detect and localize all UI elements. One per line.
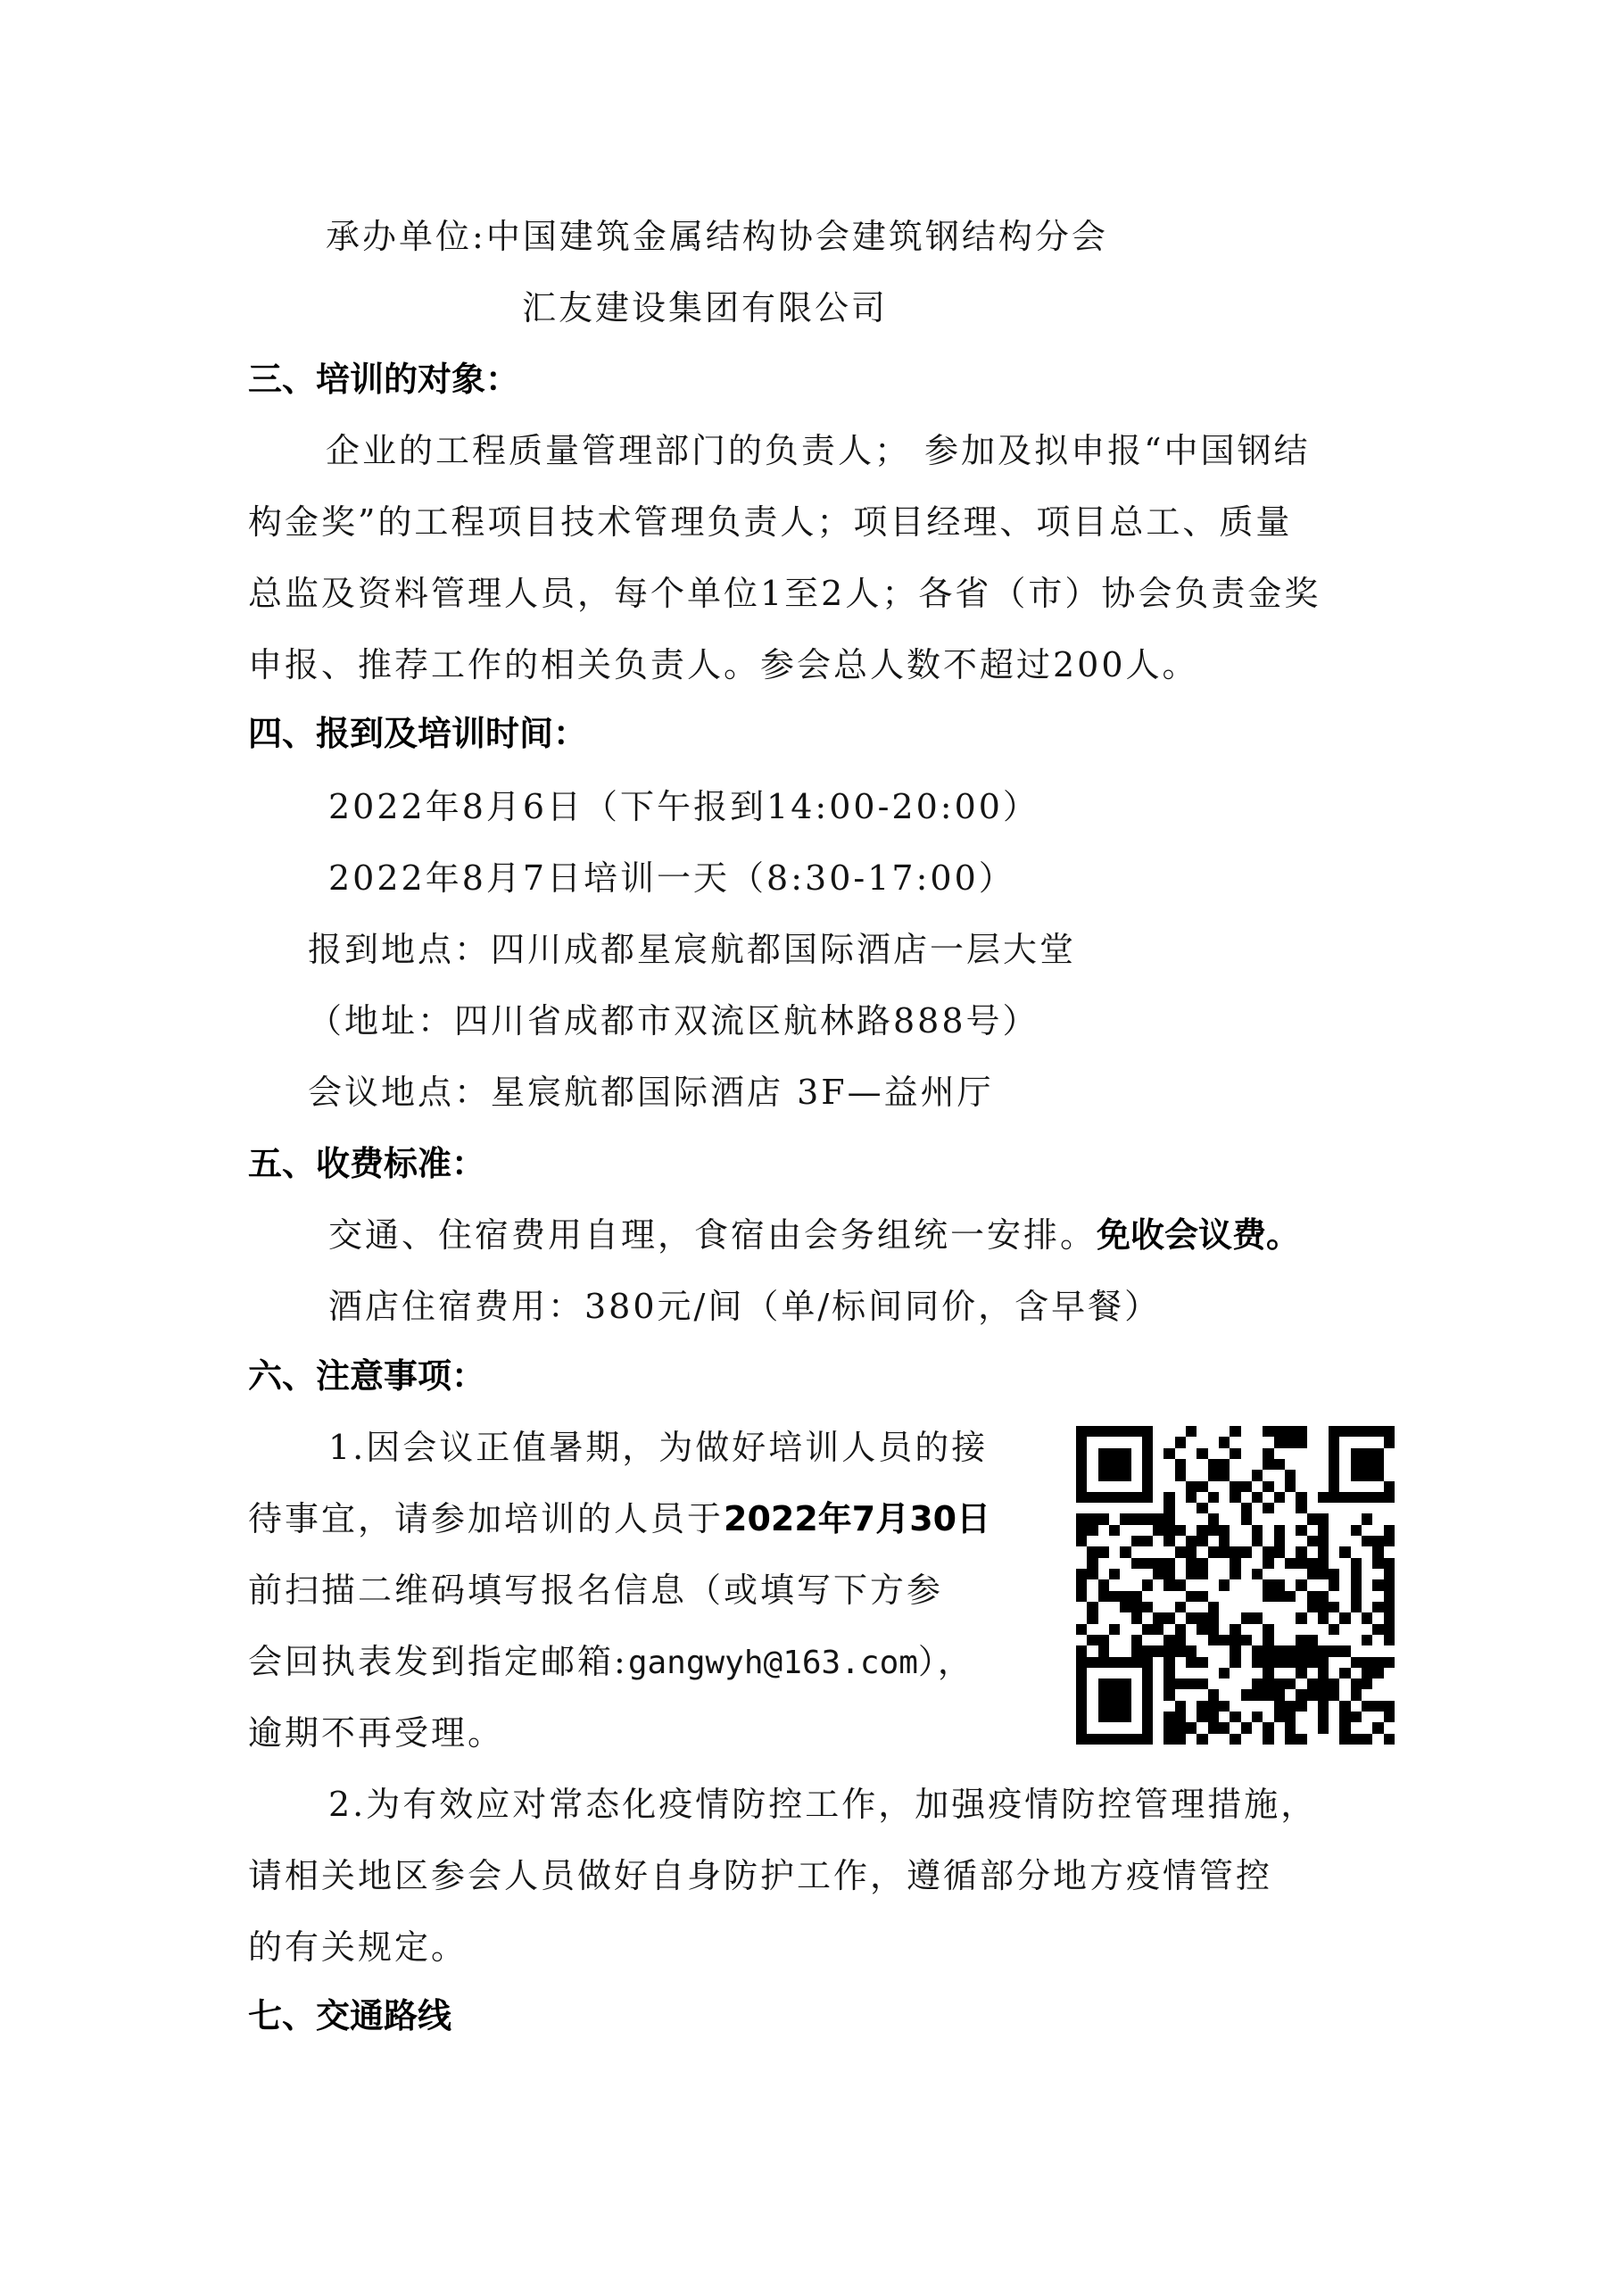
qr-module — [1285, 1513, 1296, 1524]
qr-module — [1274, 1657, 1285, 1668]
qr-module — [1120, 1635, 1130, 1645]
qr-module — [1274, 1701, 1285, 1712]
qr-module — [1076, 1689, 1087, 1700]
qr-module — [1362, 1437, 1372, 1447]
qr-module — [1329, 1536, 1339, 1546]
qr-module — [1087, 1635, 1097, 1645]
qr-module — [1384, 1525, 1395, 1536]
qr-module — [1372, 1612, 1383, 1623]
qr-module — [1318, 1624, 1329, 1635]
qr-module — [1197, 1678, 1207, 1689]
qr-module — [1131, 1536, 1142, 1546]
qr-module — [1120, 1437, 1130, 1447]
qr-module — [1076, 1481, 1087, 1492]
registration-qr-code-icon[interactable] — [1076, 1426, 1395, 1745]
qr-module — [1241, 1459, 1252, 1470]
qr-module — [1252, 1624, 1263, 1635]
qr-module — [1263, 1668, 1273, 1678]
qr-module — [1109, 1624, 1120, 1635]
qr-module — [1252, 1602, 1263, 1612]
qr-module — [1197, 1591, 1207, 1602]
qr-module — [1142, 1657, 1153, 1668]
qr-module — [1318, 1513, 1329, 1524]
qr-module — [1296, 1459, 1306, 1470]
qr-module — [1175, 1437, 1186, 1447]
qr-module — [1153, 1536, 1163, 1546]
qr-module — [1252, 1492, 1263, 1503]
qr-module — [1241, 1470, 1252, 1480]
qr-module — [1307, 1459, 1318, 1470]
qr-module — [1351, 1734, 1362, 1745]
organizer-name-1: 中国建筑金属结构协会建筑钢结构分会 — [486, 217, 1108, 256]
qr-module — [1339, 1635, 1350, 1645]
qr-module — [1175, 1591, 1186, 1602]
qr-module — [1175, 1448, 1186, 1459]
qr-module — [1318, 1689, 1329, 1700]
qr-module — [1163, 1546, 1174, 1557]
qr-module — [1274, 1612, 1285, 1623]
qr-module — [1318, 1569, 1329, 1579]
qr-module — [1307, 1569, 1318, 1579]
qr-module — [1241, 1558, 1252, 1569]
qr-module — [1362, 1602, 1372, 1612]
qr-module — [1351, 1448, 1362, 1459]
qr-module — [1274, 1734, 1285, 1745]
qr-module — [1142, 1569, 1153, 1579]
qr-module — [1372, 1536, 1383, 1546]
qr-module — [1197, 1459, 1207, 1470]
qr-module — [1208, 1459, 1219, 1470]
qr-module — [1087, 1426, 1097, 1437]
qr-module — [1219, 1624, 1230, 1635]
qr-module — [1186, 1492, 1197, 1503]
qr-module — [1142, 1612, 1153, 1623]
contact-email-link[interactable]: gangwyh@163.com — [628, 1645, 918, 1681]
qr-module — [1175, 1612, 1186, 1623]
qr-module — [1219, 1657, 1230, 1668]
qr-module — [1241, 1734, 1252, 1745]
qr-module — [1120, 1689, 1130, 1700]
qr-module — [1175, 1678, 1186, 1689]
qr-module — [1362, 1689, 1372, 1700]
qr-module — [1307, 1678, 1318, 1689]
qr-module — [1098, 1701, 1109, 1712]
qr-module — [1318, 1678, 1329, 1689]
qr-module — [1274, 1513, 1285, 1524]
qr-module — [1142, 1437, 1153, 1447]
qr-module — [1384, 1569, 1395, 1579]
qr-module — [1098, 1678, 1109, 1689]
qr-module — [1076, 1525, 1087, 1536]
qr-module — [1318, 1492, 1329, 1503]
qr-module — [1120, 1448, 1130, 1459]
qr-module — [1372, 1624, 1383, 1635]
qr-module — [1307, 1426, 1318, 1437]
qr-module — [1241, 1712, 1252, 1722]
qr-module — [1087, 1558, 1097, 1569]
qr-module — [1163, 1657, 1174, 1668]
qr-module — [1230, 1513, 1240, 1524]
qr-module — [1219, 1536, 1230, 1546]
qr-module — [1142, 1503, 1153, 1513]
qr-module — [1120, 1678, 1130, 1689]
qr-module — [1372, 1722, 1383, 1733]
qr-module — [1163, 1569, 1174, 1579]
qr-module — [1208, 1678, 1219, 1689]
qr-module — [1098, 1481, 1109, 1492]
qr-module — [1318, 1612, 1329, 1623]
qr-module — [1318, 1470, 1329, 1480]
qr-module — [1186, 1459, 1197, 1470]
qr-module — [1087, 1536, 1097, 1546]
qr-module — [1186, 1602, 1197, 1612]
qr-module — [1087, 1470, 1097, 1480]
qr-module — [1307, 1481, 1318, 1492]
qr-module — [1087, 1437, 1097, 1447]
qr-module — [1175, 1536, 1186, 1546]
qr-module — [1076, 1722, 1087, 1733]
qr-module — [1384, 1503, 1395, 1513]
qr-module — [1109, 1722, 1120, 1733]
qr-module — [1351, 1635, 1362, 1645]
qr-module — [1175, 1503, 1186, 1513]
qr-module — [1351, 1525, 1362, 1536]
qr-module — [1274, 1722, 1285, 1733]
qr-module — [1285, 1470, 1296, 1480]
qr-module — [1186, 1657, 1197, 1668]
qr-module — [1197, 1437, 1207, 1447]
qr-module — [1296, 1569, 1306, 1579]
qr-module — [1296, 1712, 1306, 1722]
qr-module — [1109, 1448, 1120, 1459]
qr-module — [1131, 1689, 1142, 1700]
qr-module — [1372, 1481, 1383, 1492]
qr-module — [1339, 1734, 1350, 1745]
qr-module — [1175, 1492, 1186, 1503]
qr-module — [1208, 1437, 1219, 1447]
qr-module — [1186, 1645, 1197, 1656]
qr-module — [1372, 1492, 1383, 1503]
qr-module — [1263, 1503, 1273, 1513]
qr-module — [1098, 1437, 1109, 1447]
qr-module — [1153, 1591, 1163, 1602]
qr-module — [1384, 1678, 1395, 1689]
qr-module — [1362, 1645, 1372, 1656]
qr-module — [1186, 1503, 1197, 1513]
qr-module — [1351, 1492, 1362, 1503]
qr-module — [1175, 1481, 1186, 1492]
qr-module — [1285, 1525, 1296, 1536]
qr-module — [1285, 1734, 1296, 1745]
qr-module — [1339, 1513, 1350, 1524]
qr-module — [1131, 1701, 1142, 1712]
qr-module — [1263, 1657, 1273, 1668]
qr-module — [1120, 1525, 1130, 1536]
qr-module — [1285, 1579, 1296, 1590]
address-line: （地址：四川省成都市双流区航林路888号） — [308, 1001, 1039, 1040]
qr-module — [1098, 1624, 1109, 1635]
qr-module — [1274, 1459, 1285, 1470]
qr-module — [1241, 1602, 1252, 1612]
qr-module — [1339, 1470, 1350, 1480]
qr-module — [1296, 1689, 1306, 1700]
qr-module — [1076, 1448, 1087, 1459]
qr-module — [1175, 1546, 1186, 1557]
qr-module — [1131, 1635, 1142, 1645]
qr-module — [1109, 1635, 1120, 1645]
qr-module — [1163, 1470, 1174, 1480]
qr-module — [1318, 1712, 1329, 1722]
qr-module — [1362, 1579, 1372, 1590]
qr-module — [1197, 1503, 1207, 1513]
qr-module — [1318, 1657, 1329, 1668]
qr-module — [1296, 1525, 1306, 1536]
qr-module — [1186, 1569, 1197, 1579]
qr-module — [1285, 1448, 1296, 1459]
qr-module — [1163, 1513, 1174, 1524]
qr-module — [1120, 1546, 1130, 1557]
qr-module — [1329, 1689, 1339, 1700]
qr-module — [1098, 1689, 1109, 1700]
qr-module — [1329, 1569, 1339, 1579]
qr-module — [1351, 1459, 1362, 1470]
qr-module — [1098, 1645, 1109, 1656]
qr-module — [1285, 1712, 1296, 1722]
qr-module — [1307, 1701, 1318, 1712]
qr-module — [1219, 1591, 1230, 1602]
qr-module — [1307, 1635, 1318, 1645]
qr-module — [1076, 1536, 1087, 1546]
qr-module — [1087, 1546, 1097, 1557]
qr-module — [1252, 1558, 1263, 1569]
qr-module — [1131, 1668, 1142, 1678]
qr-module — [1329, 1426, 1339, 1437]
qr-module — [1329, 1459, 1339, 1470]
qr-module — [1208, 1722, 1219, 1733]
qr-module — [1252, 1426, 1263, 1437]
qr-module — [1076, 1602, 1087, 1612]
qr-module — [1372, 1645, 1383, 1656]
qr-module — [1120, 1503, 1130, 1513]
qr-module — [1197, 1492, 1207, 1503]
qr-module — [1087, 1734, 1097, 1745]
qr-module — [1153, 1546, 1163, 1557]
qr-module — [1329, 1722, 1339, 1733]
qr-module — [1208, 1513, 1219, 1524]
qr-module — [1197, 1470, 1207, 1480]
qr-module — [1219, 1579, 1230, 1590]
qr-module — [1197, 1558, 1207, 1569]
qr-module — [1351, 1689, 1362, 1700]
qr-module — [1351, 1602, 1362, 1612]
qr-module — [1351, 1722, 1362, 1733]
qr-module — [1153, 1624, 1163, 1635]
qr-module — [1372, 1513, 1383, 1524]
qr-module — [1076, 1492, 1087, 1503]
qr-module — [1329, 1678, 1339, 1689]
qr-module — [1163, 1612, 1174, 1623]
qr-module — [1296, 1645, 1306, 1656]
qr-module — [1131, 1492, 1142, 1503]
qr-module — [1109, 1712, 1120, 1722]
qr-module — [1318, 1536, 1329, 1546]
qr-module — [1372, 1678, 1383, 1689]
qr-module — [1131, 1624, 1142, 1635]
qr-module — [1208, 1591, 1219, 1602]
note-1-email-suffix: ）， — [918, 1642, 974, 1681]
qr-module — [1241, 1701, 1252, 1712]
qr-module — [1153, 1525, 1163, 1536]
qr-module — [1197, 1701, 1207, 1712]
qr-module — [1230, 1503, 1240, 1513]
qr-module — [1131, 1481, 1142, 1492]
qr-module — [1219, 1437, 1230, 1447]
qr-module — [1285, 1612, 1296, 1623]
qr-module — [1087, 1722, 1097, 1733]
qr-module — [1307, 1558, 1318, 1569]
qr-module — [1372, 1701, 1383, 1712]
qr-module — [1131, 1513, 1142, 1524]
qr-module — [1131, 1437, 1142, 1447]
qr-module — [1197, 1689, 1207, 1700]
qr-module — [1285, 1503, 1296, 1513]
qr-module — [1087, 1492, 1097, 1503]
qr-module — [1285, 1645, 1296, 1656]
qr-module — [1142, 1701, 1153, 1712]
deadline-date: 2022年7月30日 — [724, 1499, 990, 1538]
qr-module — [1142, 1678, 1153, 1689]
qr-module — [1307, 1602, 1318, 1612]
qr-module — [1087, 1645, 1097, 1656]
qr-module — [1163, 1689, 1174, 1700]
qr-module — [1120, 1602, 1130, 1612]
qr-module — [1329, 1470, 1339, 1480]
qr-module — [1230, 1701, 1240, 1712]
qr-module — [1285, 1569, 1296, 1579]
qr-module — [1098, 1579, 1109, 1590]
fees-free-meeting-text: 免收会议费。 — [1097, 1215, 1300, 1255]
qr-module — [1153, 1448, 1163, 1459]
qr-module — [1384, 1481, 1395, 1492]
qr-module — [1318, 1602, 1329, 1612]
qr-module — [1131, 1722, 1142, 1733]
qr-module — [1351, 1678, 1362, 1689]
note-1-line-5: 逾期不再受理。 — [248, 1713, 504, 1753]
qr-module — [1274, 1437, 1285, 1447]
qr-module — [1163, 1624, 1174, 1635]
note-1-text: 待事宜，请参加培训的人员于 — [248, 1499, 724, 1538]
qr-module — [1362, 1657, 1372, 1668]
qr-module — [1252, 1525, 1263, 1536]
qr-module — [1307, 1624, 1318, 1635]
qr-module — [1285, 1492, 1296, 1503]
qr-module — [1372, 1602, 1383, 1612]
note-1-line-1: 1.因会议正值暑期，为做好培训人员的接 — [328, 1428, 988, 1467]
qr-module — [1362, 1635, 1372, 1645]
qr-module — [1252, 1503, 1263, 1513]
qr-module — [1230, 1635, 1240, 1645]
qr-module — [1252, 1437, 1263, 1447]
qr-module — [1252, 1678, 1263, 1689]
qr-module — [1175, 1459, 1186, 1470]
qr-module — [1120, 1569, 1130, 1579]
note-1-email-label: 会回执表发到指定邮箱: — [248, 1642, 628, 1681]
qr-module — [1175, 1624, 1186, 1635]
qr-module — [1230, 1612, 1240, 1623]
qr-module — [1296, 1503, 1306, 1513]
qr-module — [1197, 1448, 1207, 1459]
qr-module — [1329, 1712, 1339, 1722]
organizer-name-2: 汇友建设集团有限公司 — [522, 288, 888, 327]
qr-module — [1339, 1448, 1350, 1459]
section-heading-notes: 六、注意事项： — [248, 1356, 485, 1396]
qr-module — [1329, 1635, 1339, 1645]
qr-module — [1197, 1624, 1207, 1635]
qr-module — [1339, 1624, 1350, 1635]
qr-module — [1175, 1734, 1186, 1745]
qr-module — [1186, 1722, 1197, 1733]
qr-module — [1076, 1470, 1087, 1480]
qr-module — [1351, 1536, 1362, 1546]
qr-module — [1109, 1602, 1120, 1612]
qr-module — [1351, 1712, 1362, 1722]
qr-module — [1120, 1734, 1130, 1745]
qr-module — [1384, 1722, 1395, 1733]
qr-module — [1252, 1546, 1263, 1557]
qr-module — [1197, 1481, 1207, 1492]
qr-module — [1263, 1678, 1273, 1689]
qr-module — [1087, 1624, 1097, 1635]
qr-module — [1285, 1657, 1296, 1668]
qr-module — [1076, 1712, 1087, 1722]
qr-module — [1142, 1635, 1153, 1645]
qr-module — [1241, 1678, 1252, 1689]
qr-module — [1372, 1546, 1383, 1557]
qr-module — [1339, 1668, 1350, 1678]
qr-module — [1362, 1459, 1372, 1470]
qr-module — [1175, 1513, 1186, 1524]
qr-module — [1131, 1426, 1142, 1437]
qr-module — [1318, 1437, 1329, 1447]
qr-module — [1109, 1459, 1120, 1470]
section-three-line-2: 构金奖”的工程项目技术管理负责人；项目经理、项目总工、质量 — [248, 502, 1292, 542]
qr-module — [1351, 1437, 1362, 1447]
qr-module — [1230, 1492, 1240, 1503]
qr-module — [1076, 1657, 1087, 1668]
qr-module — [1109, 1481, 1120, 1492]
qr-module — [1131, 1657, 1142, 1668]
qr-module — [1241, 1657, 1252, 1668]
qr-module — [1307, 1470, 1318, 1480]
qr-module — [1186, 1678, 1197, 1689]
qr-module — [1384, 1470, 1395, 1480]
qr-module — [1230, 1569, 1240, 1579]
document-page: 承办单位:中国建筑金属结构协会建筑钢结构分会 汇友建设集团有限公司 三、培训的对… — [0, 0, 1623, 2296]
qr-module — [1120, 1624, 1130, 1635]
qr-module — [1274, 1536, 1285, 1546]
qr-module — [1197, 1579, 1207, 1590]
qr-module — [1186, 1546, 1197, 1557]
qr-module — [1274, 1668, 1285, 1678]
qr-module — [1274, 1481, 1285, 1492]
qr-module — [1296, 1591, 1306, 1602]
qr-module — [1296, 1492, 1306, 1503]
qr-module — [1307, 1712, 1318, 1722]
qr-module — [1175, 1569, 1186, 1579]
qr-module — [1208, 1624, 1219, 1635]
qr-module — [1087, 1579, 1097, 1590]
qr-module — [1285, 1689, 1296, 1700]
